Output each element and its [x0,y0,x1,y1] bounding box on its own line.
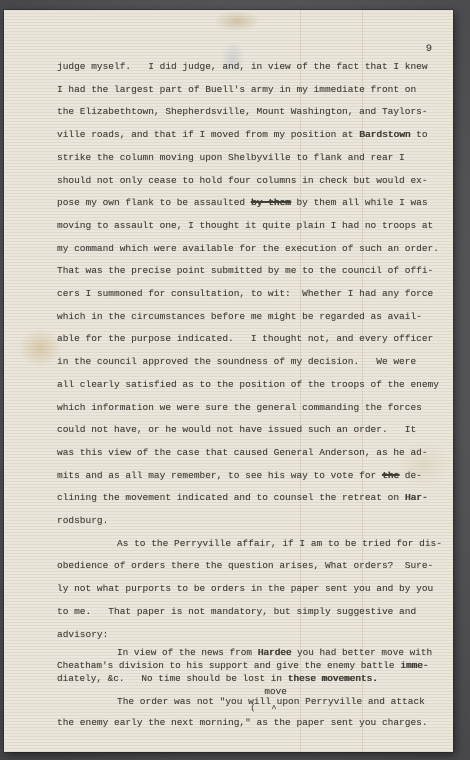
typed-line: clining the movement indicated and to co… [57,487,447,510]
typed-line: ville roads, and that if I moved from my… [57,124,447,147]
typed-line: could not have, or he would not have iss… [57,419,447,442]
text-segment: my command which were available for the … [57,243,439,254]
typed-line: The order was not "you will move(^upon P… [57,691,447,712]
text-segment: the Elizabethtown, Shepherdsville, Mount… [57,106,428,117]
typed-line: which in the circumstances before me mig… [57,306,447,329]
typed-line: moving to assault one, I thought it quit… [57,215,447,238]
typed-line: all clearly satisfied as to the position… [57,374,447,397]
text-segment: advisory: [57,629,108,640]
typed-line: rodsburg. [57,510,447,533]
text-segment: rodsburg. [57,515,108,526]
text-segment: I had the largest part of Buell's army i… [57,84,416,95]
text-segment: could not have, or he would not have iss… [57,424,416,435]
closing-paragraph: The order was not "you will move(^upon P… [57,691,447,733]
text-segment: should not only cease to hold four colum… [57,175,428,186]
paper-stain [204,6,270,36]
text-segment: ly not what purports to be orders in the… [57,583,433,594]
text-segment: which in the circumstances before me mig… [57,311,422,322]
typed-line: That was the precise point submitted by … [57,260,447,283]
text-segment: which information we were sure the gener… [57,402,422,413]
text-segment: cers I summoned for consultation, to wit… [57,288,433,299]
text-segment: As to the Perryville affair, if I am to … [117,538,442,549]
text-segment: by them all while I was [291,197,428,208]
text-segment: In view of the news from [117,647,258,658]
caret-mark: ^ [271,699,276,720]
text-segment: Hardee [258,647,292,658]
text-segment: the [382,470,399,481]
text-segment: Cheatham's division to his support and g… [57,660,400,671]
text-segment: these movements. [288,673,378,684]
typed-line: to me. That paper is not mandatory, but … [57,601,447,624]
typed-line: was this view of the case that caused Ge… [57,442,447,465]
text-segment: obedience of orders there the question a… [57,560,433,571]
typed-line: pose my own flank to be assaulted by the… [57,192,447,215]
text-segment: judge myself. I did judge, and, in view … [57,61,428,72]
text-segment: clining the movement indicated and to co… [57,492,405,503]
text-segment: pose my own flank to be assaulted [57,197,251,208]
text-segment: mits and as all may remember, to see his… [57,470,382,481]
text-segment: upon Perryville and attack [277,696,425,707]
text-segment: ville roads, and that if I moved from my… [57,129,359,140]
text-segment: by them [251,197,291,208]
typed-line: diately, &c. No time should be lost in t… [57,673,447,686]
text-segment: Bardstown [359,129,410,140]
page-number: 9 [426,43,432,55]
typed-line: In view of the news from Hardee you had … [57,647,447,660]
text-segment: to [410,129,427,140]
text-segment: you had better move with [291,647,432,658]
text-segment: was this view of the case that caused Ge… [57,447,428,458]
text-segment: Har- [405,492,428,503]
typed-line: cers I summoned for consultation, to wit… [57,283,447,306]
typed-line: in the council approved the soundness of… [57,351,447,374]
typed-line: which information we were sure the gener… [57,397,447,420]
text-segment: the enemy early the next morning," as th… [57,717,428,728]
typed-line: Cheatham's division to his support and g… [57,660,447,673]
typed-text: judge myself. I did judge, and, in view … [57,56,447,733]
typed-line: able for the purpose indicated. I though… [57,328,447,351]
typed-line: should not only cease to hold four colum… [57,170,447,193]
blockquote: In view of the news from Hardee you had … [57,647,447,685]
typed-line: advisory: [57,624,447,647]
text-segment: in the council approved the soundness of… [57,356,416,367]
text-segment: moving to assault one, I thought it quit… [57,220,433,231]
typed-line: ly not what purports to be orders in the… [57,578,447,601]
typed-line: the Elizabethtown, Shepherdsville, Mount… [57,101,447,124]
typed-line: my command which were available for the … [57,238,447,261]
text-segment: all clearly satisfied as to the position… [57,379,439,390]
text-segment: diately, &c. No time should be lost in [57,673,288,684]
text-segment: able for the purpose indicated. I though… [57,333,433,344]
text-segment: The order was not "you [117,696,242,707]
typed-line: judge myself. I did judge, and, in view … [57,56,447,79]
document-page: 9 judge myself. I did judge, and, in vie… [4,10,453,752]
insertion-point: will move(^ [242,691,276,712]
body-paragraphs: judge myself. I did judge, and, in view … [57,56,447,646]
text-segment: imme- [400,660,428,671]
caret-mark: ( [250,698,255,719]
typed-line: mits and as all may remember, to see his… [57,465,447,488]
typed-line: As to the Perryville affair, if I am to … [57,533,447,556]
typed-line: obedience of orders there the question a… [57,555,447,578]
text-segment: de- [399,470,422,481]
typed-line: strike the column moving upon Shelbyvill… [57,147,447,170]
typed-line: I had the largest part of Buell's army i… [57,79,447,102]
text-segment: to me. That paper is not mandatory, but … [57,606,416,617]
photo-background: { "page": { "number": "9" }, "colors": {… [0,0,470,760]
text-segment: That was the precise point submitted by … [57,265,433,276]
text-segment: strike the column moving upon Shelbyvill… [57,152,405,163]
